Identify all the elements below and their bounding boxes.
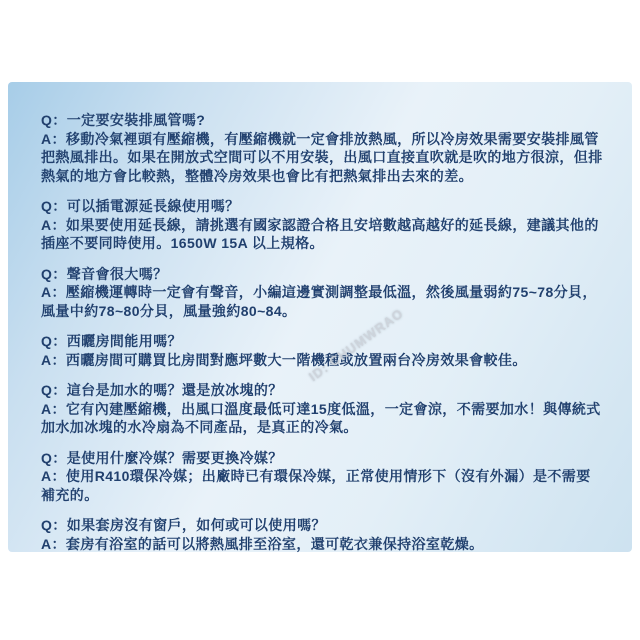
- answer-text: 壓縮機運轉時一定會有聲音，小編這邊實測調整最低溫，然後風量弱約75~78分貝，風…: [41, 284, 597, 319]
- answer-prefix: A：: [41, 217, 66, 233]
- answer-text: 如果要使用延長線，請挑選有國家認證合格且安培數越高越好的延長線，建議其他的插座不…: [41, 217, 599, 252]
- question-text: 這台是加水的嗎？還是放冰塊的？: [67, 382, 283, 398]
- faq-item: Q：如果套房沒有窗戶，如何或可以使用嗎？ A：套房有浴室的話可以將熱風排至浴室，…: [41, 516, 604, 553]
- answer-prefix: A：: [41, 536, 66, 552]
- faq-question: Q：如果套房沒有窗戶，如何或可以使用嗎？: [41, 516, 604, 535]
- faq-answer: A：它有內建壓縮機，出風口溫度最低可達15度低溫，一定會涼，不需要加水！與傳統式…: [41, 400, 604, 437]
- faq-question: Q：是使用什麼冷媒？需要更換冷媒？: [41, 449, 604, 468]
- question-prefix: Q：: [41, 333, 67, 349]
- faq-answer: A：如果要使用延長線，請挑選有國家認證合格且安培數越高越好的延長線，建議其他的插…: [41, 216, 604, 253]
- answer-prefix: A：: [41, 468, 66, 484]
- question-prefix: Q：: [41, 517, 67, 533]
- answer-text: 它有內建壓縮機，出風口溫度最低可達15度低溫，一定會涼，不需要加水！與傳統式加水…: [41, 401, 601, 436]
- faq-answer: A：西曬房間可購買比房間對應坪數大一階機種或放置兩台冷房效果會較佳。: [41, 351, 604, 370]
- faq-card: Q：一定要安裝排風管嗎? A：移動冷氣裡頭有壓縮機，有壓縮機就一定會排放熱風，所…: [8, 82, 632, 552]
- page: Q：一定要安裝排風管嗎? A：移動冷氣裡頭有壓縮機，有壓縮機就一定會排放熱風，所…: [0, 0, 640, 640]
- faq-answer: A：套房有浴室的話可以將熱風排至浴室，還可乾衣兼保持浴室乾燥。: [41, 535, 604, 554]
- answer-text: 西曬房間可購買比房間對應坪數大一階機種或放置兩台冷房效果會較佳。: [66, 352, 527, 368]
- question-text: 是使用什麼冷媒？需要更換冷媒？: [67, 450, 283, 466]
- faq-item: Q：一定要安裝排風管嗎? A：移動冷氣裡頭有壓縮機，有壓縮機就一定會排放熱風，所…: [41, 111, 604, 185]
- answer-prefix: A：: [41, 352, 66, 368]
- question-prefix: Q：: [41, 382, 67, 398]
- faq-item: Q：西曬房間能用嗎？ A：西曬房間可購買比房間對應坪數大一階機種或放置兩台冷房效…: [41, 332, 604, 369]
- faq-answer: A：使用R410環保冷媒；出廠時已有環保冷媒，正常使用情形下（沒有外漏）是不需要…: [41, 467, 604, 504]
- faq-answer: A：移動冷氣裡頭有壓縮機，有壓縮機就一定會排放熱風，所以冷房效果需要安裝排風管把…: [41, 130, 604, 186]
- question-text: 如果套房沒有窗戶，如何或可以使用嗎？: [67, 517, 326, 533]
- faq-question: Q：可以插電源延長線使用嗎？: [41, 197, 604, 216]
- question-text: 西曬房間能用嗎？: [67, 333, 182, 349]
- faq-question: Q：一定要安裝排風管嗎?: [41, 111, 604, 130]
- question-prefix: Q：: [41, 112, 67, 128]
- question-text: 可以插電源延長線使用嗎？: [67, 198, 240, 214]
- faq-item: Q：聲音會很大嗎？ A：壓縮機運轉時一定會有聲音，小編這邊實測調整最低溫，然後風…: [41, 265, 604, 321]
- answer-text: 移動冷氣裡頭有壓縮機，有壓縮機就一定會排放熱風，所以冷房效果需要安裝排風管把熱風…: [41, 131, 603, 184]
- faq-question: Q：西曬房間能用嗎？: [41, 332, 604, 351]
- answer-prefix: A：: [41, 284, 66, 300]
- question-prefix: Q：: [41, 266, 67, 282]
- faq-answer: A：壓縮機運轉時一定會有聲音，小編這邊實測調整最低溫，然後風量弱約75~78分貝…: [41, 283, 604, 320]
- question-prefix: Q：: [41, 198, 67, 214]
- faq-item: Q：可以插電源延長線使用嗎？ A：如果要使用延長線，請挑選有國家認證合格且安培數…: [41, 197, 604, 253]
- answer-text: 套房有浴室的話可以將熱風排至浴室，還可乾衣兼保持浴室乾燥。: [66, 536, 484, 552]
- answer-prefix: A：: [41, 401, 66, 417]
- answer-prefix: A：: [41, 131, 66, 147]
- faq-item: Q：這台是加水的嗎？還是放冰塊的？ A：它有內建壓縮機，出風口溫度最低可達15度…: [41, 381, 604, 437]
- question-prefix: Q：: [41, 450, 67, 466]
- answer-text: 使用R410環保冷媒；出廠時已有環保冷媒，正常使用情形下（沒有外漏）是不需要補充…: [41, 468, 591, 503]
- faq-question: Q：聲音會很大嗎？: [41, 265, 604, 284]
- faq-item: Q：是使用什麼冷媒？需要更換冷媒？ A：使用R410環保冷媒；出廠時已有環保冷媒…: [41, 449, 604, 505]
- question-text: 聲音會很大嗎？: [67, 266, 168, 282]
- question-text: 一定要安裝排風管嗎?: [67, 112, 206, 128]
- faq-question: Q：這台是加水的嗎？還是放冰塊的？: [41, 381, 604, 400]
